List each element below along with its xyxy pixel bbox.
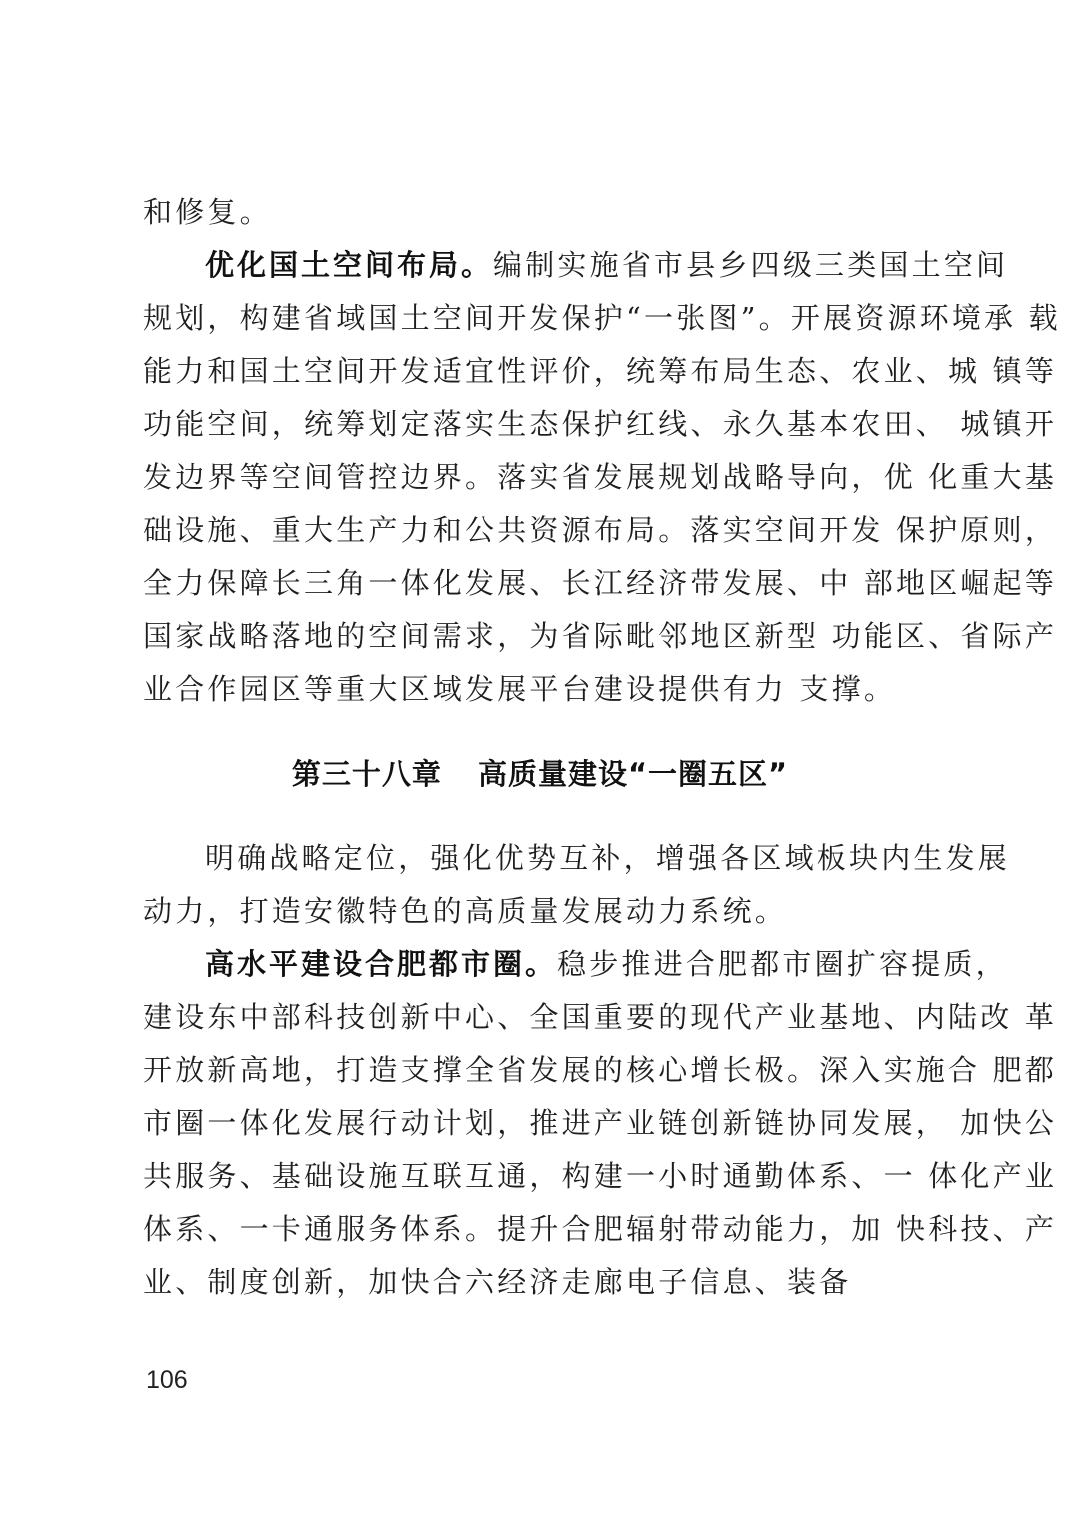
text-line: 动力，打造安徽特色的高质量发展动力系统。 <box>143 891 943 931</box>
text-line: 础设施、重大生产力和公共资源布局。落实空间开发 保护原则， <box>143 510 943 550</box>
text-line: 业合作园区等重大区域发展平台建设提供有力 支撑。 <box>143 669 943 709</box>
text-span: 编制实施省市县乡四级三类国土空间 <box>493 248 1008 282</box>
chapter-heading: 第三十八章高质量建设“一圈五区” <box>0 752 1080 793</box>
paragraph-first-line: 高水平建设合肥都市圈。稳步推进合肥都市圈扩容提质， <box>205 944 945 984</box>
paragraph-lead-heading: 优化国土空间布局。 <box>205 248 493 282</box>
text-span: 稳步推进合肥都市圈扩容提质， <box>557 947 1008 981</box>
page-number: 106 <box>146 1366 188 1395</box>
text-line: 共服务、基础设施互联互通，构建一小时通勤体系、一 体化产业 <box>143 1156 943 1196</box>
text-line: 发边界等空间管控边界。落实省发展规划战略导向，优 化重大基 <box>143 457 943 497</box>
text-line: 国家战略落地的空间需求，为省际毗邻地区新型 功能区、省际产 <box>143 616 943 656</box>
document-page: 和修复。 优化国土空间布局。编制实施省市县乡四级三类国土空间 规划，构建省域国土… <box>0 0 1080 1527</box>
text-line: 市圈一体化发展行动计划，推进产业链创新链协同发展， 加快公 <box>143 1103 943 1143</box>
chapter-number: 第三十八章 <box>292 757 442 791</box>
text-line: 建设东中部科技创新中心、全国重要的现代产业基地、内陆改 革 <box>143 997 943 1037</box>
text-line: 规划，构建省域国土空间开发保护“一张图”。开展资源环境承 载 <box>143 298 943 338</box>
text-line: 业、制度创新，加快合六经济走廊电子信息、装备 <box>143 1262 943 1302</box>
text-line: 和修复。 <box>143 192 943 232</box>
text-line: 功能空间，统筹划定落实生态保护红线、永久基本农田、 城镇开 <box>143 404 943 444</box>
text-line: 开放新高地，打造支撑全省发展的核心增长极。深入实施合 肥都 <box>143 1050 943 1090</box>
text-line: 全力保障长三角一体化发展、长江经济带发展、中 部地区崛起等 <box>143 563 943 603</box>
text-line: 能力和国土空间开发适宜性评价，统筹布局生态、农业、城 镇等 <box>143 351 943 391</box>
chapter-title: 高质量建设“一圈五区” <box>478 757 788 791</box>
paragraph-first-line: 优化国土空间布局。编制实施省市县乡四级三类国土空间 <box>205 245 945 285</box>
paragraph-lead-heading: 高水平建设合肥都市圈。 <box>205 947 557 981</box>
text-line: 体系、一卡通服务体系。提升合肥辐射带动能力，加 快科技、产 <box>143 1209 943 1249</box>
paragraph-first-line: 明确战略定位，强化优势互补，增强各区域板块内生发展 <box>205 838 945 878</box>
